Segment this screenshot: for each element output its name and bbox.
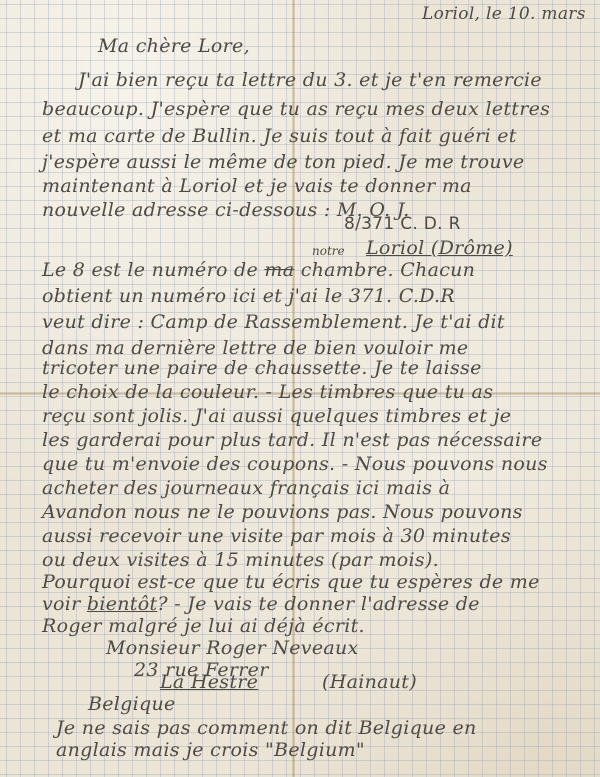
body-line: obtient un numéro ici et j'ai le 371. C.… (42, 284, 455, 308)
body-line: j'espère aussi le même de ton pied. Je m… (42, 150, 524, 174)
body-line: Roger malgré je lui ai déjà écrit. (42, 614, 365, 638)
roger-town: La Hestre (160, 670, 258, 694)
struck-word: ma (264, 259, 294, 281)
body-line: veut dire : Camp de Rassemblement. Je t'… (42, 310, 505, 334)
inserted-word: notre (312, 244, 345, 258)
body-line: les garderai pour plus tard. Il n'est pa… (42, 428, 542, 452)
body-text: voir (42, 593, 81, 615)
body-line: beaucoup. J'espère que tu as reçu mes de… (42, 97, 550, 121)
salutation: Ma chère Lore, (98, 34, 250, 58)
address-town: Loriol (Drôme) (366, 236, 513, 260)
body-line: maintenant à Loriol et je vais te donner… (42, 174, 472, 198)
body-line: tricoter une paire de chaussette. Je te … (42, 356, 482, 380)
body-line: ou deux visites à 15 minutes (par mois). (42, 548, 439, 572)
body-line: et ma carte de Bullin. Je suis tout à fa… (42, 124, 517, 148)
body-line: que tu m'envoie des coupons. - Nous pouv… (42, 452, 548, 476)
letter-page: Loriol, le 10. mars Ma chère Lore, J'ai … (0, 0, 600, 777)
body-text: ? - Je vais te donner l'adresse de (157, 593, 479, 615)
closing-line: Je ne sais pas comment on dit Belgique e… (56, 716, 477, 740)
place-date: Loriol, le 10. mars (422, 2, 586, 26)
body-line: voir bientôt? - Je vais te donner l'adre… (42, 592, 480, 616)
body-line: J'ai bien reçu ta lettre du 3. et je t'e… (78, 68, 542, 92)
address-room-number: 8/371 C. D. R (344, 212, 461, 236)
body-line: Avandon nous ne le pouvions pas. Nous po… (42, 500, 523, 524)
body-text: chambre. Chacun (301, 259, 476, 281)
underlined-word: bientôt (87, 593, 158, 615)
body-line: reçu sont jolis. J'ai aussi quelques tim… (42, 404, 511, 428)
body-line: Le 8 est le numéro de ma chambre. Chacun (42, 258, 475, 282)
roger-province: (Hainaut) (322, 670, 417, 694)
roger-name: Monsieur Roger Neveaux (106, 636, 359, 660)
body-line: aussi recevoir une visite par mois à 30 … (42, 524, 511, 548)
body-line: le choix de la couleur. - Les timbres qu… (42, 380, 493, 404)
body-line: Pourquoi est-ce que tu écris que tu espè… (42, 570, 540, 594)
body-line: acheter des journeaux français ici mais … (42, 476, 450, 500)
roger-country: Belgique (88, 692, 176, 716)
body-text: Le 8 est le numéro de (42, 259, 258, 281)
closing-line: anglais mais je crois "Belgium" (56, 738, 365, 762)
